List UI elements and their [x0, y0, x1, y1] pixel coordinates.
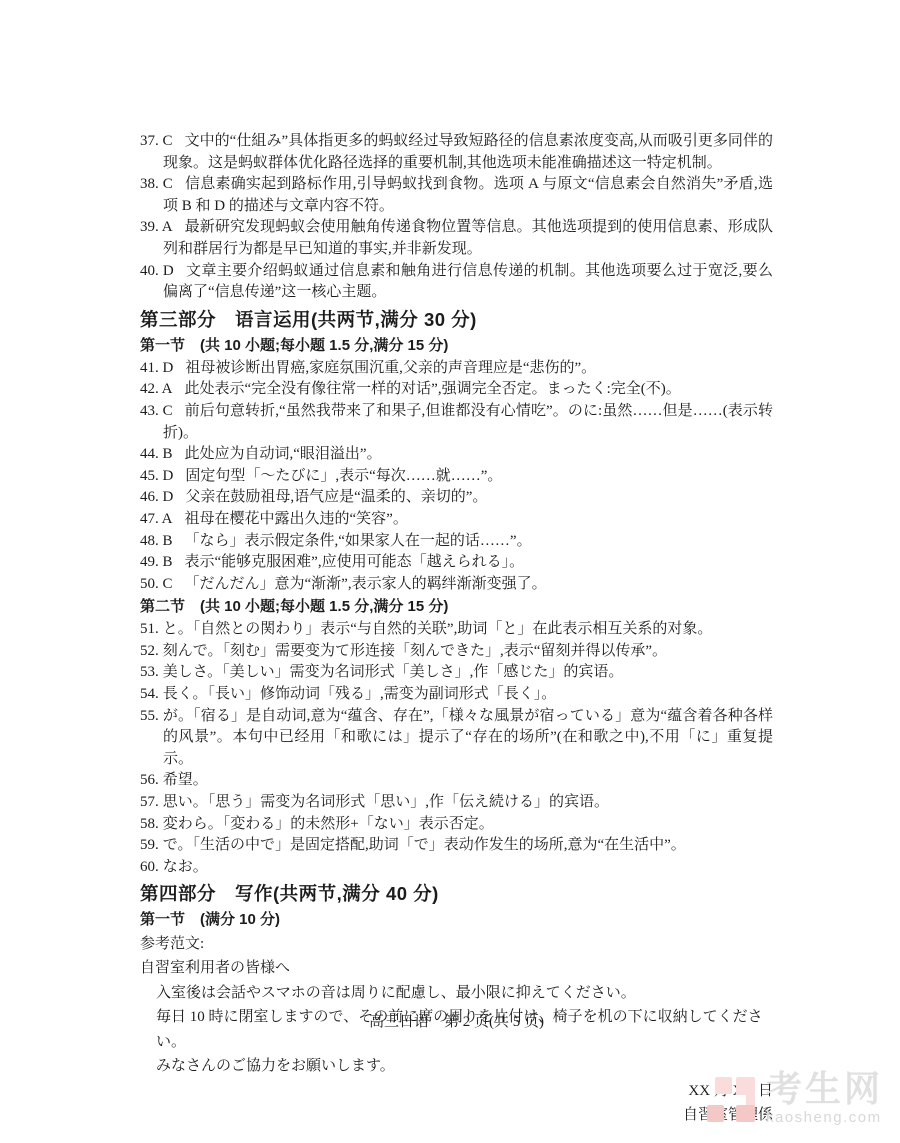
answer-explanation: 此处表示“完全没有像往常一样的对话”,强调完全否定。まったく:完全(不)。 [185, 381, 681, 397]
answer-explanation: 変わら。「変わる」的未然形+「ない」表示否定。 [163, 816, 494, 832]
answer-item: 47. A祖母在樱花中露出久违的“笑容”。 [140, 509, 773, 531]
essay-date: XX 月 XX 日 [140, 1079, 773, 1104]
answer-item: 41. D祖母被诊断出胃癌,家庭氛围沉重,父亲的声音理应是“悲伤的”。 [140, 358, 773, 380]
answer-number: 55. [140, 708, 159, 724]
answer-item: 51.と。「自然との関わり」表示“与自然的关联”,助词「と」在此表示相互关系的对… [140, 619, 773, 641]
answer-item: 44. B此处应为自动词,“眼泪溢出”。 [140, 444, 773, 466]
watermark-site-url: kaosheng.com [766, 1109, 883, 1126]
answer-item: 53.美しさ。「美しい」需变为名词形式「美しさ」,作「感じた」的宾语。 [140, 662, 773, 684]
answer-explanation: で。「生活の中で」是固定搭配,助词「で」表动作发生的场所,意为“在生活中”。 [163, 837, 686, 853]
answer-number: 59. [140, 837, 159, 853]
logo-block [715, 1077, 732, 1094]
answer-number: 44. B [140, 446, 173, 462]
answer-number: 53. [140, 664, 159, 680]
answer-explanation: 長く。「長い」修饰动词「残る」,需变为副词形式「長く」。 [163, 686, 556, 702]
part3-section1-answer-list: 41. D祖母被诊断出胃癌,家庭氛围沉重,父亲的声音理应是“悲伤的”。42. A… [140, 358, 773, 596]
part4-section1-heading: 第一节 (满分 10 分) [140, 909, 773, 931]
answer-item: 45. D固定句型「～たびに」,表示“每次……就……”。 [140, 466, 773, 488]
answer-explanation: 固定句型「～たびに」,表示“每次……就……”。 [185, 468, 502, 484]
answer-item: 58.変わら。「変わる」的未然形+「ない」表示否定。 [140, 814, 773, 836]
answer-item: 46. D父亲在鼓励祖母,语气应是“温柔的、亲切的”。 [140, 487, 773, 509]
kaosheng-watermark: 考生网 kaosheng.com [706, 1070, 896, 1140]
answer-number: 48. B [140, 533, 173, 549]
part3-section2-answer-list: 51.と。「自然との関わり」表示“与自然的关联”,助词「と」在此表示相互关系的对… [140, 619, 773, 878]
essay-line: 入室後は会話やスマホの音は周りに配慮し、最小限に抑えてください。 [140, 981, 773, 1006]
answer-explanation: 表示“能够克服困难”,应使用可能态「越えられる」。 [185, 554, 525, 570]
answer-number: 40. D [140, 263, 174, 279]
answer-item: 60.なお。 [140, 857, 773, 879]
answer-item: 39. A最新研究发现蚂蚁会使用触角传递食物位置等信息。其他选项提到的使用信息素… [140, 217, 773, 260]
answer-explanation: 祖母在樱花中露出久违的“笑容”。 [185, 511, 408, 527]
answer-explanation: 信息素确实起到路标作用,引导蚂蚁找到食物。选项 A 与原文“信息素会自然消失”矛… [163, 176, 773, 214]
answer-explanation: 「なら」表示假定条件,“如果家人在一起的话……”。 [185, 533, 532, 549]
answer-explanation: 刻んで。「刻む」需要变为て形连接「刻んできた」,表示“留刻并得以传承”。 [163, 643, 667, 659]
answer-number: 56. [140, 772, 159, 788]
answer-item: 52.刻んで。「刻む」需要变为て形连接「刻んできた」,表示“留刻并得以传承”。 [140, 641, 773, 663]
answer-item: 55.が。「宿る」是自动词,意为“蕴含、存在”,「様々な風景が宿っている」意为“… [140, 706, 773, 771]
answer-explanation: 文章主要介绍蚂蚁通过信息素和触角进行信息传递的机制。其他选项要么过于宽泛,要么偏… [163, 263, 773, 301]
answer-number: 54. [140, 686, 159, 702]
page-body: 37. C文中的“仕組み”具体指更多的蚂蚁经过导致短路径的信息素浓度变高,从而吸… [140, 131, 773, 1128]
part3-heading: 第三部分 语言运用(共两节,满分 30 分) [140, 307, 773, 333]
answer-number: 45. D [140, 468, 173, 484]
answer-number: 51. [140, 621, 159, 637]
answer-number: 50. C [140, 576, 173, 592]
answer-explanation: 美しさ。「美しい」需变为名词形式「美しさ」,作「感じた」的宾语。 [163, 664, 624, 680]
answer-item: 37. C文中的“仕組み”具体指更多的蚂蚁经过导致短路径的信息素浓度变高,从而吸… [140, 131, 773, 174]
answer-explanation: なお。 [163, 859, 208, 875]
answer-item: 40. D文章主要介绍蚂蚁通过信息素和触角进行信息传递的机制。其他选项要么过于宽… [140, 261, 773, 304]
part3-section2-heading: 第二节 (共 10 小题;每小题 1.5 分,满分 15 分) [140, 596, 773, 618]
answer-number: 52. [140, 643, 159, 659]
answer-item: 43. C前后句意转折,“虽然我带来了和果子,但谁都没有心情吃”。のに:虽然……… [140, 401, 773, 444]
answer-explanation: 文中的“仕組み”具体指更多的蚂蚁经过导致短路径的信息素浓度变高,从而吸引更多同伴… [163, 133, 773, 171]
watermark-text: 考生网 kaosheng.com [766, 1070, 883, 1126]
answer-number: 43. C [140, 403, 173, 419]
answer-explanation: 最新研究发现蚂蚁会使用触角传递食物位置等信息。其他选项提到的使用信息素、形成队列… [163, 219, 773, 257]
answer-number: 41. D [140, 360, 173, 376]
answer-item: 48. B「なら」表示假定条件,“如果家人在一起的话……”。 [140, 531, 773, 553]
answer-explanation: 此处应为自动词,“眼泪溢出”。 [185, 446, 382, 462]
essay-salutation: 自習室利用者の皆様へ [140, 956, 773, 981]
answer-item: 59.で。「生活の中で」是固定搭配,助词「で」表动作发生的场所,意为“在生活中”… [140, 835, 773, 857]
page-footer: 高三日语 第 2 页(共 5 页) [140, 1012, 773, 1032]
logo-block [736, 1105, 755, 1122]
exam-answer-page: { "part2_items": [ {"label": "37. C", "t… [0, 0, 900, 1143]
answer-item: 49. B表示“能够克服困难”,应使用可能态「越えられる」。 [140, 552, 773, 574]
answer-item: 54.長く。「長い」修饰动词「残る」,需变为副词形式「長く」。 [140, 684, 773, 706]
answer-item: 50. C「だんだん」意为“渐渐”,表示家人的羁绊渐渐变强了。 [140, 574, 773, 596]
answer-item: 56.希望。 [140, 770, 773, 792]
logo-block [736, 1077, 755, 1095]
part2-answer-list: 37. C文中的“仕組み”具体指更多的蚂蚁经过导致短路径的信息素浓度变高,从而吸… [140, 131, 773, 304]
part3-section1-heading: 第一节 (共 10 小题;每小题 1.5 分,满分 15 分) [140, 335, 773, 357]
answer-explanation: 「だんだん」意为“渐渐”,表示家人的羁绊渐渐变强了。 [185, 576, 547, 592]
answer-explanation: が。「宿る」是自动词,意为“蕴含、存在”,「様々な風景が宿っている」意为“蕴含着… [163, 708, 773, 767]
answer-number: 47. A [140, 511, 173, 527]
watermark-site-name: 考生网 [766, 1070, 883, 1108]
logo-block [707, 1105, 724, 1122]
answer-number: 38. C [140, 176, 173, 192]
essay-signature: 自習室管理係 [140, 1103, 773, 1128]
answer-number: 57. [140, 794, 159, 810]
answer-number: 42. A [140, 381, 173, 397]
answer-explanation: 父亲在鼓励祖母,语气应是“温柔的、亲切的”。 [185, 489, 487, 505]
answer-number: 58. [140, 816, 159, 832]
answer-explanation: 思い。「思う」需变为名词形式「思い」,作「伝え続ける」的宾语。 [163, 794, 609, 810]
answer-explanation: 祖母被诊断出胃癌,家庭氛围沉重,父亲的声音理应是“悲伤的”。 [185, 360, 596, 376]
answer-number: 37. C [140, 133, 173, 149]
answer-explanation: 希望。 [163, 772, 208, 788]
answer-number: 60. [140, 859, 159, 875]
answer-number: 49. B [140, 554, 173, 570]
kaosheng-logo-icon [706, 1070, 760, 1128]
answer-number: 39. A [140, 219, 173, 235]
sample-essay-label: 参考范文: [140, 933, 773, 956]
part4-heading: 第四部分 写作(共两节,满分 40 分) [140, 881, 773, 907]
answer-explanation: と。「自然との関わり」表示“与自然的关联”,助词「と」在此表示相互关系的对象。 [163, 621, 713, 637]
answer-item: 57.思い。「思う」需变为名词形式「思い」,作「伝え続ける」的宾语。 [140, 792, 773, 814]
sample-essay: 自習室利用者の皆様へ 入室後は会話やスマホの音は周りに配慮し、最小限に抑えてくだ… [140, 956, 773, 1128]
essay-line: みなさんのご協力をお願いします。 [140, 1054, 773, 1079]
answer-item: 38. C信息素确实起到路标作用,引导蚂蚁找到食物。选项 A 与原文“信息素会自… [140, 174, 773, 217]
answer-number: 46. D [140, 489, 173, 505]
answer-item: 42. A此处表示“完全没有像往常一样的对话”,强调完全否定。まったく:完全(不… [140, 379, 773, 401]
answer-explanation: 前后句意转折,“虽然我带来了和果子,但谁都没有心情吃”。のに:虽然……但是……(… [163, 403, 773, 441]
